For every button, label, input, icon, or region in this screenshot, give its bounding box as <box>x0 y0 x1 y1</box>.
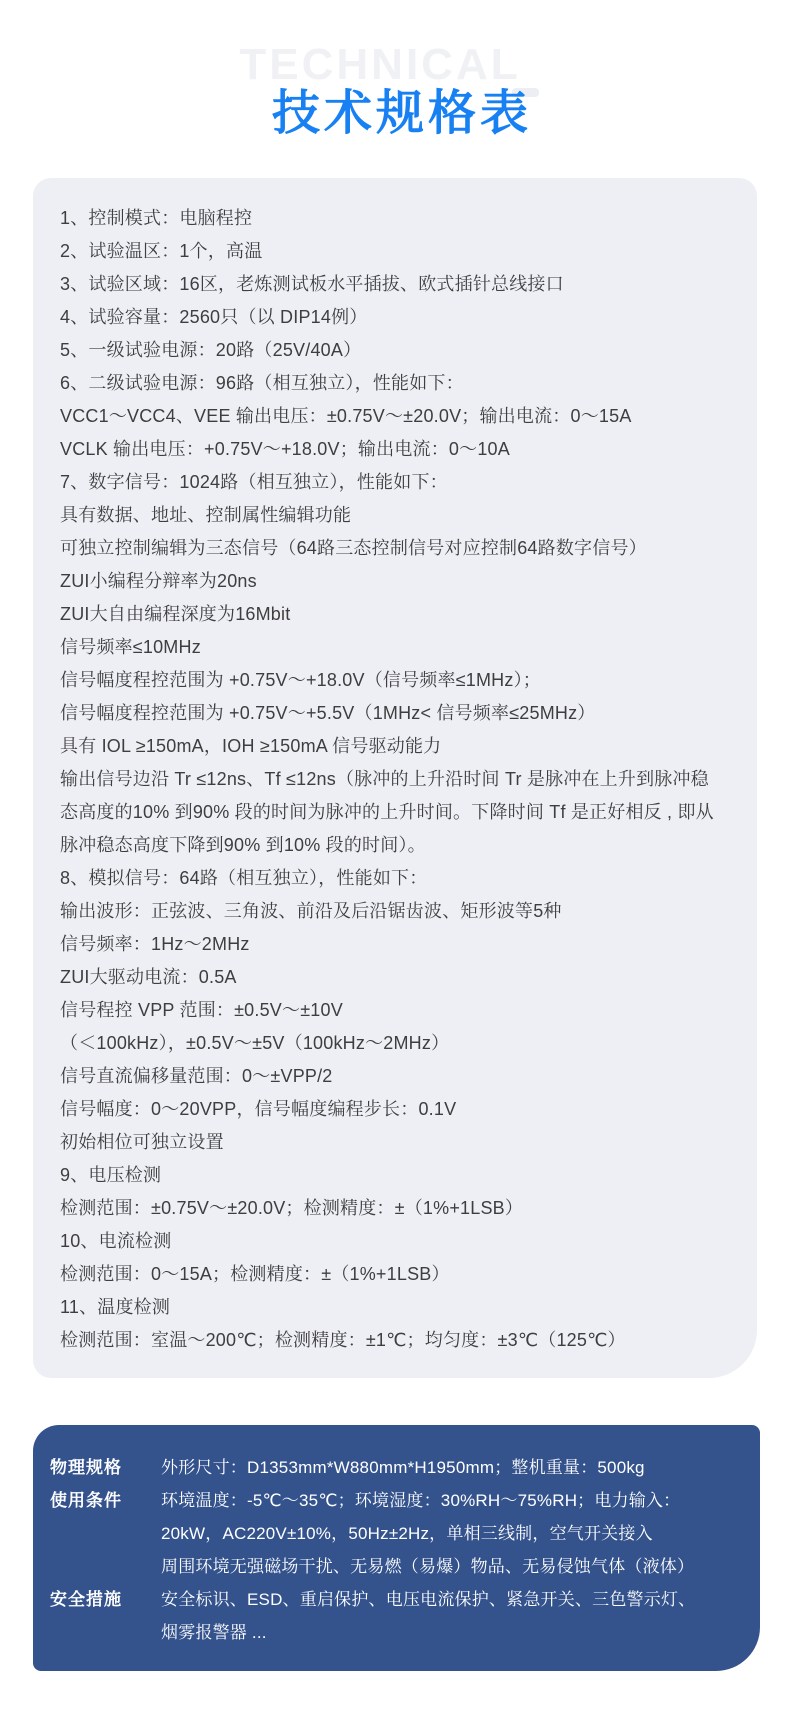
info-line: 外形尺寸：D1353mm*W880mm*H1950mm；整机重量：500kg <box>161 1451 750 1484</box>
spec-line: 信号幅度程控范围为 +0.75V～+5.5V（1MHz< 信号频率≤25MHz） <box>60 697 747 730</box>
spec-line: 2、试验温区：1个，高温 <box>60 235 747 268</box>
spec-line: 6、二级试验电源：96路（相互独立），性能如下： <box>60 367 747 400</box>
info-row: 物理规格 外形尺寸：D1353mm*W880mm*H1950mm；整机重量：50… <box>50 1451 750 1484</box>
header: TECHNICAL 技术规格表 <box>0 0 790 178</box>
spec-line: 信号幅度：0～20VPP，信号幅度编程步长：0.1V <box>60 1093 747 1126</box>
spec-line: 8、模拟信号：64路（相互独立），性能如下： <box>60 862 747 895</box>
spec-line: 检测范围：0～15A；检测精度：±（1%+1LSB） <box>60 1258 747 1291</box>
spec-line: VCC1～VCC4、VEE 输出电压：±0.75V～±20.0V；输出电流：0～… <box>60 400 747 433</box>
info-line: 烟雾报警器 ... <box>161 1616 750 1649</box>
info-row-value: 环境温度：-5℃～35℃；环境湿度：30%RH～75%RH；电力输入：20kW，… <box>130 1484 750 1583</box>
spec-line: 检测范围：±0.75V～±20.0V；检测精度：±（1%+1LSB） <box>60 1192 747 1225</box>
info-line: 环境温度：-5℃～35℃；环境湿度：30%RH～75%RH；电力输入： <box>161 1484 750 1517</box>
info-row-label: 使用条件 <box>50 1484 130 1517</box>
spec-line: 初始相位可独立设置 <box>60 1126 747 1159</box>
spec-line: 3、试验区域：16区，老炼测试板水平插拔、欧式插针总线接口 <box>60 268 747 301</box>
spec-line: 1、控制模式：电脑程控 <box>60 202 747 235</box>
info-row-value: 外形尺寸：D1353mm*W880mm*H1950mm；整机重量：500kg <box>130 1451 750 1484</box>
spec-line: 输出波形：正弦波、三角波、前沿及后沿锯齿波、矩形波等5种 <box>60 895 747 928</box>
spec-line: ZUI大驱动电流：0.5A <box>60 961 747 994</box>
spec-list: 1、控制模式：电脑程控2、试验温区：1个，高温3、试验区域：16区，老炼测试板水… <box>60 202 747 1357</box>
info-row-label: 物理规格 <box>50 1451 130 1484</box>
spec-line: 11、温度检测 <box>60 1291 747 1324</box>
spec-line: 10、电流检测 <box>60 1225 747 1258</box>
spec-line: ZUI大自由编程深度为16Mbit <box>60 598 747 631</box>
info-panel: 物理规格 外形尺寸：D1353mm*W880mm*H1950mm；整机重量：50… <box>33 1425 760 1671</box>
spec-line: 具有 IOL ≥150mA，IOH ≥150mA 信号驱动能力 <box>60 730 747 763</box>
spec-line: 信号频率≤10MHz <box>60 631 747 664</box>
spec-line: VCLK 输出电压：+0.75V～+18.0V；输出电流：0～10A <box>60 433 747 466</box>
spec-line: 检测范围：室温～200℃；检测精度：±1℃；均匀度：±3℃（125℃） <box>60 1324 747 1357</box>
spec-line: 5、一级试验电源：20路（25V/40A） <box>60 334 747 367</box>
spec-line: 4、试验容量：2560只（以 DIP14例） <box>60 301 747 334</box>
spec-line: 具有数据、地址、控制属性编辑功能 <box>60 499 747 532</box>
info-row-label: 安全措施 <box>50 1583 130 1616</box>
spec-line: 输出信号边沿 Tr ≤12ns、Tf ≤12ns（脉冲的上升沿时间 Tr 是脉冲… <box>60 763 747 796</box>
spec-line: 态高度的10% 到90% 段的时间为脉冲的上升时间。下降时间 Tf 是正好相反 … <box>60 796 747 829</box>
spec-line: 可独立控制编辑为三态信号（64路三态控制信号对应控制64路数字信号） <box>60 532 747 565</box>
spec-line: （＜100kHz），±0.5V～±5V（100kHz～2MHz） <box>60 1027 747 1060</box>
info-line: 安全标识、ESD、重启保护、电压电流保护、紧急开关、三色警示灯、 <box>161 1583 750 1616</box>
info-line: 20kW，AC220V±10%，50Hz±2Hz，单相三线制，空气开关接入 <box>161 1517 750 1550</box>
spec-line: 信号频率：1Hz～2MHz <box>60 928 747 961</box>
info-row: 安全措施 安全标识、ESD、重启保护、电压电流保护、紧急开关、三色警示灯、烟雾报… <box>50 1583 750 1649</box>
spec-line: 信号程控 VPP 范围：±0.5V～±10V <box>60 994 747 1027</box>
info-row-value: 安全标识、ESD、重启保护、电压电流保护、紧急开关、三色警示灯、烟雾报警器 ..… <box>130 1583 750 1649</box>
spec-line: 9、电压检测 <box>60 1159 747 1192</box>
info-rows: 物理规格 外形尺寸：D1353mm*W880mm*H1950mm；整机重量：50… <box>50 1451 750 1649</box>
info-row: 使用条件 环境温度：-5℃～35℃；环境湿度：30%RH～75%RH；电力输入：… <box>50 1484 750 1583</box>
spec-line: 7、数字信号：1024路（相互独立），性能如下： <box>60 466 747 499</box>
spec-line: 信号直流偏移量范围：0～±VPP/2 <box>60 1060 747 1093</box>
spec-line: ZUI小编程分辩率为20ns <box>60 565 747 598</box>
info-line: 周围环境无强磁场干扰、无易燃（易爆）物品、无易侵蚀气体（液体） <box>161 1550 750 1583</box>
page-title: 技术规格表 <box>0 74 790 143</box>
spec-line: 信号幅度程控范围为 +0.75V～+18.0V（信号频率≤1MHz）； <box>60 664 747 697</box>
specs-card: 1、控制模式：电脑程控2、试验温区：1个，高温3、试验区域：16区，老炼测试板水… <box>33 178 757 1378</box>
spec-line: 脉冲稳态高度下降到90% 到10% 段的时间）。 <box>60 829 747 862</box>
